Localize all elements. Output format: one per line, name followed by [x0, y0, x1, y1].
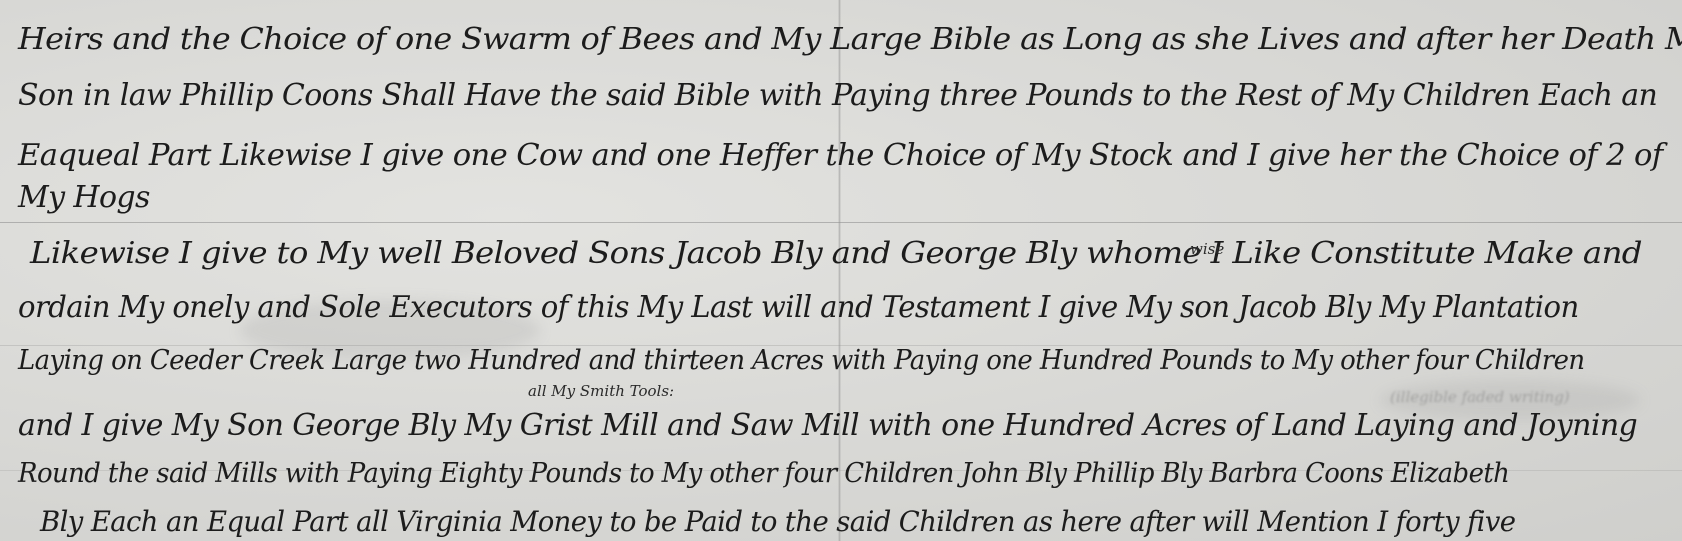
ruled-line — [0, 222, 1682, 223]
manuscript-line-3: Eaqueal Part Likewise I give one Cow and… — [18, 138, 1663, 173]
faded-marginal-text: (illegible faded writing) — [1390, 388, 1570, 406]
interlinear-insertion-wise: wise — [1190, 240, 1224, 258]
manuscript-line-2: Son in law Phillip Coons Shall Have the … — [18, 78, 1657, 113]
manuscript-line-7: Laying on Ceeder Creek Large two Hundred… — [18, 345, 1584, 376]
manuscript-line-5: Likewise I give to My well Beloved Sons … — [30, 236, 1642, 271]
manuscript-line-8: and I give My Son George Bly My Grist Mi… — [18, 408, 1637, 443]
manuscript-line-10: Bly Each an Equal Part all Virginia Mone… — [40, 505, 1515, 538]
interlinear-insertion-smith-tools: all My Smith Tools: — [528, 382, 674, 400]
manuscript-line-1: Heirs and the Choice of one Swarm of Bee… — [18, 22, 1682, 57]
manuscript-page: Heirs and the Choice of one Swarm of Bee… — [0, 0, 1682, 541]
manuscript-line-4: My Hogs — [18, 180, 150, 215]
manuscript-line-6: ordain My onely and Sole Executors of th… — [18, 290, 1579, 325]
manuscript-line-9: Round the said Mills with Paying Eighty … — [18, 458, 1509, 489]
